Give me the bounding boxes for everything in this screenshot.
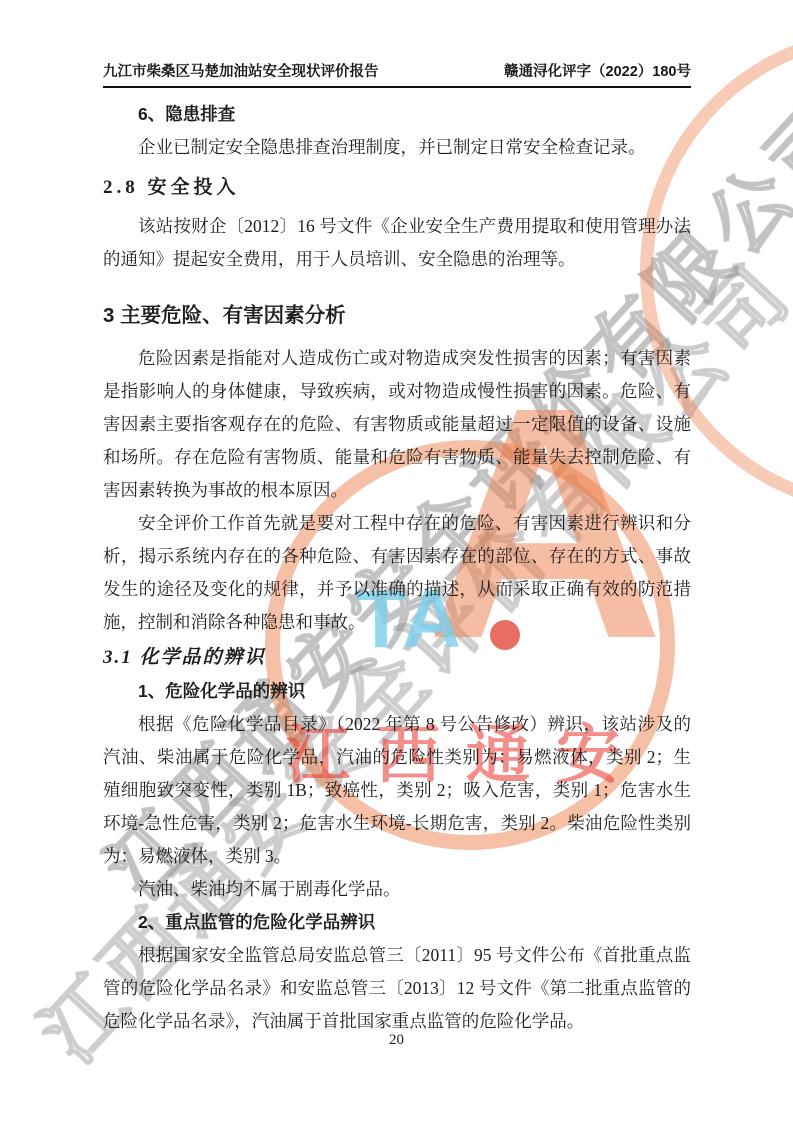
paragraph-key-supervision: 根据国家安全监管总局安监总管三〔2011〕95 号文件公布《首批重点监管的危险化…	[103, 939, 691, 1038]
paragraph-hidden-danger: 企业已制定安全隐患排查治理制度，并已制定日常安全检查记录。	[103, 131, 691, 164]
header-doc-number: 赣通浔化评字（2022）180号	[504, 60, 691, 81]
page-number: 20	[0, 1032, 793, 1049]
paragraph-not-highly-toxic: 汽油、柴油均不属于剧毒化学品。	[103, 873, 691, 906]
paragraph-hazardous-chemicals: 根据《危险化学品目录》（2022 年第 8 号公告修改）辨识，该站涉及的汽油、柴…	[103, 708, 691, 873]
document-content: 九江市柴桑区马楚加油站安全现状评价报告 赣通浔化评字（2022）180号 6、隐…	[0, 0, 793, 1038]
paragraph-chapter3-definitions: 危险因素是指能对人造成伤亡或对物造成突发性损害的因素；有害因素是指影响人的身体健…	[103, 342, 691, 507]
report-page: 江西通安安全评价有限公司 江西通安安全评价有限公司 A TA 江西通安 九江市柴…	[0, 0, 793, 1122]
heading-item2-key-supervision: 2、重点监管的危险化学品辨识	[103, 906, 691, 939]
heading-item1-hazardous-chemicals: 1、危险化学品的辨识	[103, 675, 691, 708]
paragraph-safety-input: 该站按财企〔2012〕16 号文件《企业安全生产费用提取和使用管理办法的通知》提…	[103, 210, 691, 276]
body-text: 6、隐患排查 企业已制定安全隐患排查治理制度，并已制定日常安全检查记录。 2.8…	[103, 98, 691, 1038]
header-report-title: 九江市柴桑区马楚加油站安全现状评价报告	[103, 60, 379, 81]
heading-hidden-danger-check: 6、隐患排查	[103, 98, 691, 131]
heading-2-8-safety-input: 2.8 安全投入	[103, 170, 691, 206]
heading-3-1-chemical-identification: 3.1 化学品的辨识	[103, 641, 691, 675]
heading-chapter-3: 3 主要危险、有害因素分析	[103, 296, 691, 336]
paragraph-chapter3-purpose: 安全评价工作首先就是要对工程中存在的危险、有害因素进行辨识和分析，揭示系统内存在…	[103, 507, 691, 639]
page-header: 九江市柴桑区马楚加油站安全现状评价报告 赣通浔化评字（2022）180号	[103, 60, 691, 88]
